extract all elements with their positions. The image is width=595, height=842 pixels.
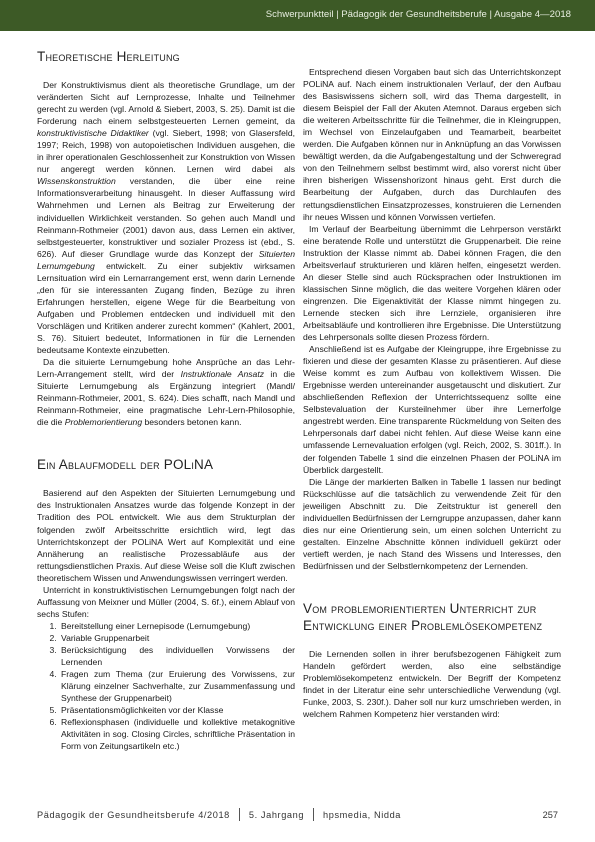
right-column: Entsprechend diesen Vorgaben baut sich d…	[303, 66, 561, 720]
page-number: 257	[543, 810, 558, 820]
emphasis: Problemorientierung	[65, 417, 142, 427]
section-heading-ablaufmodell: Ein Ablaufmodell der POLiNA	[37, 456, 295, 473]
steps-list: Bereitstellung einer Lernepisode (Lernum…	[37, 620, 295, 753]
paragraph: Basierend auf den Aspekten der Situierte…	[37, 487, 295, 583]
footer-journal: Pädagogik der Gesundheitsberufe 4/2018	[37, 810, 230, 820]
paragraph: Die Länge der markierten Balken in Tabel…	[303, 476, 561, 572]
page-footer: Pädagogik der Gesundheitsberufe 4/2018 5…	[37, 808, 558, 821]
paragraph: Im Verlauf der Bearbeitung übernimmt die…	[303, 223, 561, 343]
footer-divider	[239, 808, 240, 821]
emphasis: konstruktivistische Didaktiker	[37, 128, 149, 138]
paragraph: Da die situierte Lernumgebung hohe Anspr…	[37, 356, 295, 428]
list-item: Reflexionsphasen (individuelle und kolle…	[59, 716, 295, 752]
list-item: Bereitstellung einer Lernepisode (Lernum…	[59, 620, 295, 632]
footer-volume: 5. Jahrgang	[249, 810, 304, 820]
paragraph: Anschließend ist es Aufgabe der Kleingru…	[303, 343, 561, 476]
text: besonders betonen kann.	[142, 417, 241, 427]
footer-publisher: hpsmedia, Nidda	[323, 810, 401, 820]
header-bar: Schwerpunktteil | Pädagogik der Gesundhe…	[0, 0, 595, 31]
left-column: Theoretische Herleitung Der Konstruktivi…	[37, 48, 295, 752]
list-item: Fragen zum Thema (zur Eruierung des Vorw…	[59, 668, 295, 704]
list-item: Präsentationsmöglichkeiten vor der Klass…	[59, 704, 295, 716]
paragraph: Die Lernenden sollen in ihrer berufsbezo…	[303, 648, 561, 720]
paragraph: Unterricht in konstruktivistischen Lernu…	[37, 584, 295, 620]
text: verstanden, die über eine reine Informat…	[37, 176, 295, 258]
section-heading-problemloesekompetenz: Vom problemorientierten Unterricht zur E…	[303, 600, 561, 634]
footer-divider	[313, 808, 314, 821]
paragraph: Der Konstruktivismus dient als theoretis…	[37, 79, 295, 356]
section-heading-theoretische-herleitung: Theoretische Herleitung	[37, 48, 295, 65]
paragraph: Entsprechend diesen Vorgaben baut sich d…	[303, 66, 561, 223]
text: entwickelt. Zu einer subjektiv wirksamen…	[37, 261, 295, 355]
list-item: Berücksichtigung des individuellen Vorwi…	[59, 644, 295, 668]
running-title: Schwerpunktteil | Pädagogik der Gesundhe…	[266, 9, 571, 20]
list-item: Variable Gruppenarbeit	[59, 632, 295, 644]
emphasis: Instruktionale Ansatz	[181, 369, 264, 379]
text: Der Konstruktivismus dient als theoretis…	[37, 80, 295, 126]
emphasis: Wissenskonstruktion	[37, 176, 116, 186]
